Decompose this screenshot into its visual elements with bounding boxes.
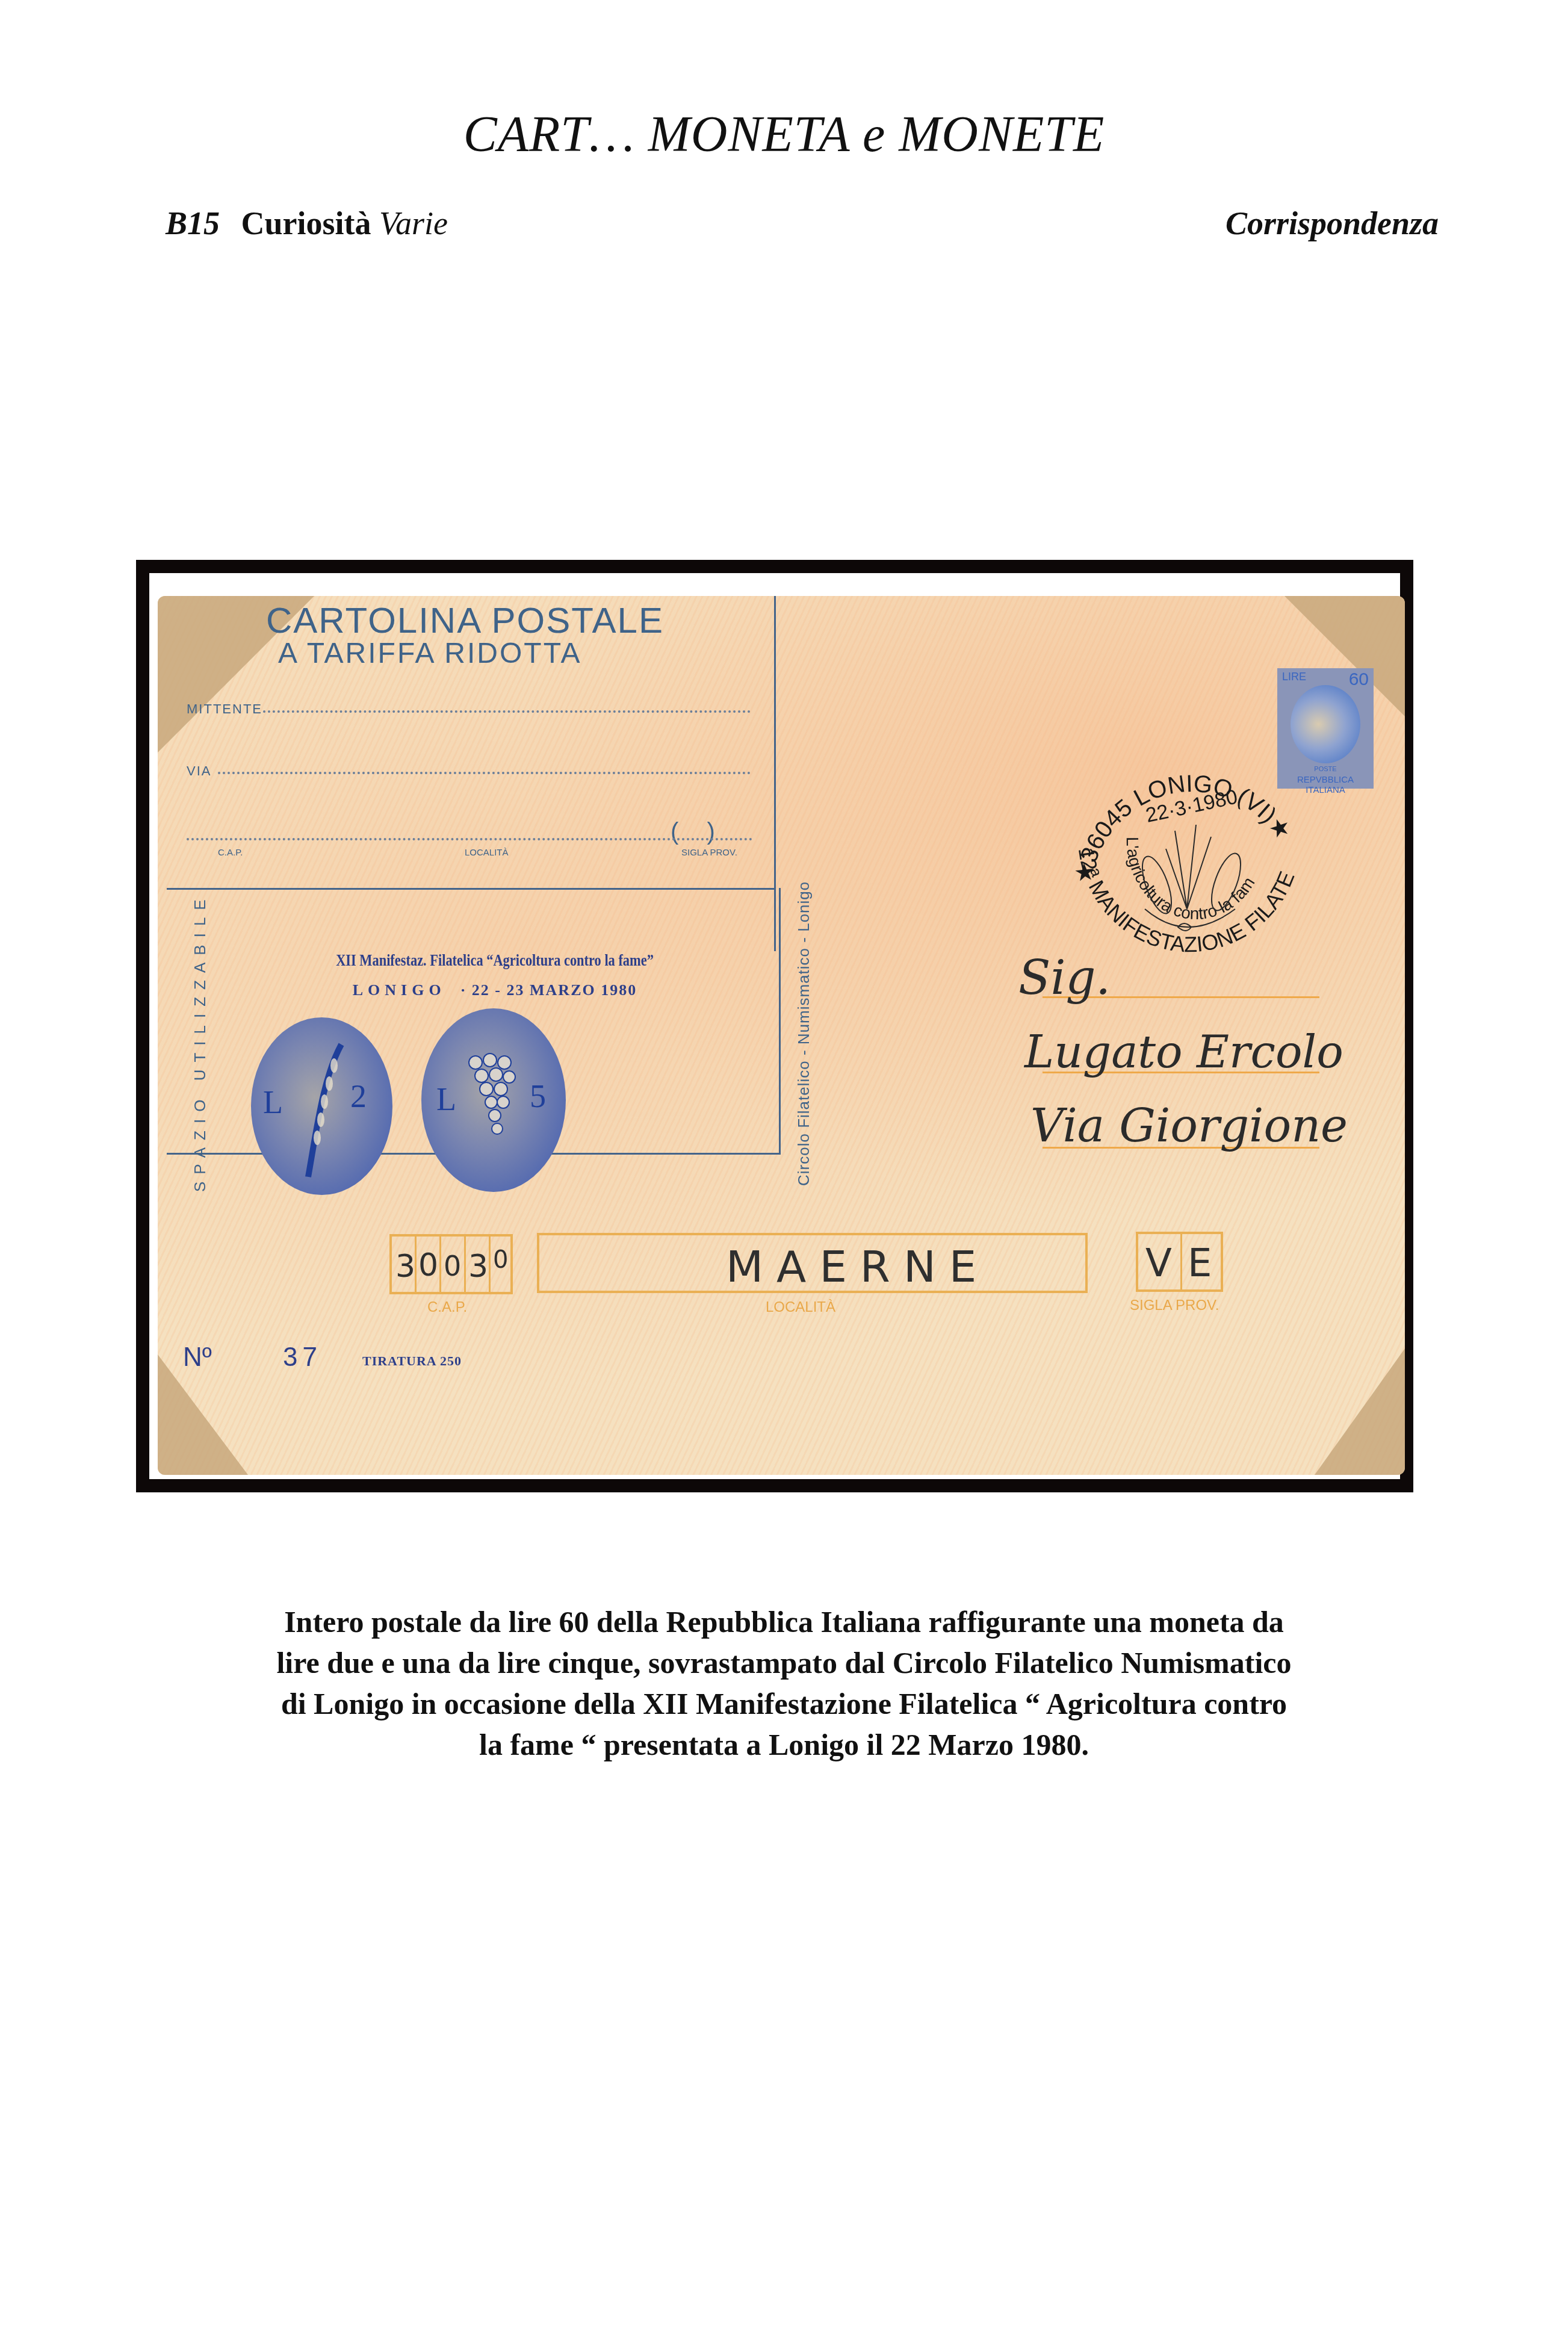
cap-boxes: 3 0 0 3 0 (389, 1234, 513, 1294)
coin-mark: L (263, 1084, 283, 1121)
section-code: B15 (166, 205, 220, 241)
photo-corner (158, 1354, 248, 1475)
cap-small-label: C.A.P. (218, 848, 243, 858)
card-subtitle: A TARIFFA RIDOTTA (278, 637, 581, 670)
serial-label: Nº (183, 1342, 212, 1373)
cap-digit: 0 (418, 1247, 438, 1283)
recipient-line-1: Sig. (1018, 951, 1111, 1005)
overprint-dates: · 22 - 23 MARZO 1980 (460, 981, 637, 999)
cap-digit: 3 (468, 1249, 488, 1285)
svg-text:L'agricoltura contro la fame: L'agricoltura contro la fame (1055, 728, 1258, 923)
wheat-ear-icon (299, 1041, 353, 1180)
recipient-line-3: Via Giorgione (1030, 1099, 1348, 1152)
divider-horizontal (167, 888, 776, 890)
sigla-label: SIGLA PROV. (1130, 1297, 1219, 1314)
postal-card: CARTOLINA POSTALE A TARIFFA RIDOTTA MITT… (158, 596, 1405, 1475)
photo-corner (1315, 1348, 1405, 1475)
section-heading: B15 Curiosità Varie (166, 205, 448, 242)
localita-box: MAERNE (537, 1233, 1088, 1293)
section-label-italic: Varie (379, 205, 448, 241)
coin-value: 5 (530, 1078, 546, 1115)
sigla-boxes: V E (1136, 1232, 1223, 1292)
coin-2-lire-image: L 2 (251, 1017, 392, 1195)
category-label: Corrispondenza (1226, 205, 1439, 242)
cap-localita-dotted-line (187, 838, 752, 840)
via-label: VIA (187, 763, 211, 779)
sigla-paren: ( ) (671, 819, 726, 846)
circolo-vertical-text: Circolo Filatelico - Numismatico - Lonig… (795, 881, 813, 1186)
overprint-city: LONIGO (353, 981, 446, 999)
postmark-top-text: ★36045 LONIGO (VI)★ (1070, 771, 1297, 886)
caption-line: la fame “ presentata a Lonigo il 22 Marz… (181, 1724, 1387, 1765)
caption-line: lire due e una da lire cinque, sovrastam… (181, 1642, 1387, 1683)
grapes-icon (457, 1038, 530, 1159)
cap-label: C.A.P. (427, 1299, 467, 1316)
localita-value: MAERNE (726, 1241, 990, 1292)
mittente-dotted-line (263, 710, 751, 713)
localita-small-label: LOCALITÀ (465, 848, 509, 858)
overprint-event-title: XII Manifestaz. Filatelica “Agricoltura … (278, 951, 711, 970)
section-label: Curiosità (241, 205, 371, 241)
localita-label: LOCALITÀ (766, 1299, 835, 1316)
caption-line: di Lonigo in occasione della XII Manifes… (181, 1683, 1387, 1724)
sigla-small-label: SIGLA PROV. (681, 848, 737, 858)
svg-text:★36045 LONIGO (VI)★: ★36045 LONIGO (VI)★ (1070, 771, 1297, 886)
cap-digit: 0 (444, 1250, 461, 1282)
coin-5-lire-image: L 5 (421, 1008, 566, 1192)
stamp-lire-label: LIRE (1282, 671, 1306, 683)
mittente-label: MITTENTE (187, 701, 262, 717)
stamp-value: 60 (1349, 669, 1369, 690)
cap-digit: 0 (493, 1246, 508, 1274)
serial-number: 37 (283, 1342, 322, 1373)
divider-vertical (779, 888, 781, 1153)
page-title: CART… MONETA e MONETE (0, 105, 1568, 164)
sigla-letter: E (1188, 1241, 1212, 1286)
description-caption: Intero postale da lire 60 della Repubbli… (181, 1601, 1387, 1765)
spazio-utilizzabile-vertical-text: SPAZIO UTILIZZABILE (191, 892, 209, 1192)
card-title: CARTOLINA POSTALE (266, 600, 664, 641)
caption-line: Intero postale da lire 60 della Repubbli… (181, 1601, 1387, 1642)
coin-mark: L (436, 1081, 456, 1118)
recipient-line-2: Lugato Ercolo (1024, 1026, 1343, 1078)
overprint-event-dates: LONIGO· 22 - 23 MARZO 1980 (224, 981, 766, 999)
postmark-inner-text: L'agricoltura contro la fame (1055, 728, 1258, 923)
print-run-label: TIRATURA 250 (362, 1353, 462, 1369)
divider-vertical (774, 596, 776, 951)
sigla-letter: V (1145, 1241, 1172, 1286)
via-dotted-line (218, 772, 751, 774)
cap-digit: 3 (395, 1249, 415, 1285)
